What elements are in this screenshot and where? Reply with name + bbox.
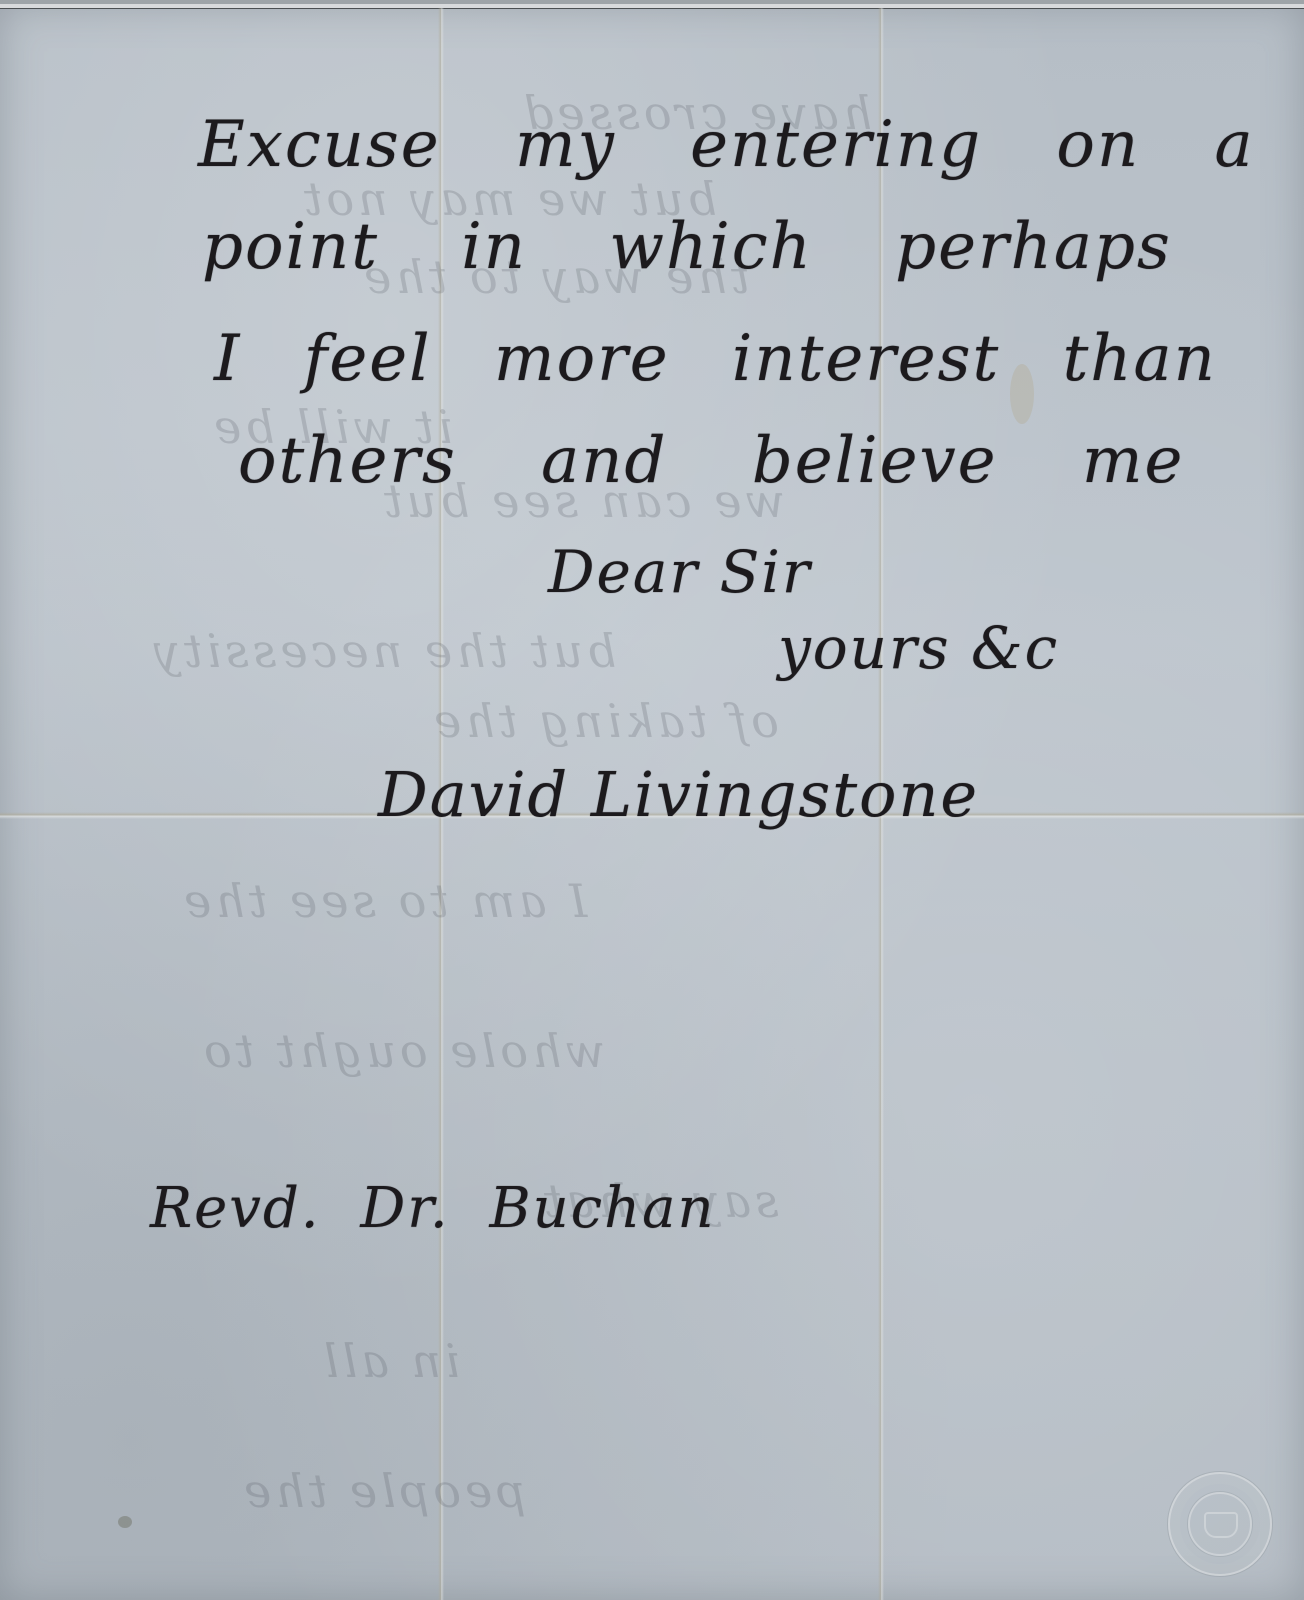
bleed-through-line: but the necessity <box>150 624 616 678</box>
salutation: Dear Sir <box>548 538 812 606</box>
scan-top-edge <box>0 4 1304 9</box>
signature: David Livingstone <box>378 758 979 831</box>
addressee: Revd. Dr. Buchan <box>150 1176 716 1241</box>
letter-line-2: point in which perhaps <box>202 210 1172 284</box>
embossed-seal-icon <box>1168 1472 1272 1576</box>
seal-device <box>1204 1512 1238 1538</box>
paper-spot <box>118 1516 132 1528</box>
closing-phrase: yours &c <box>778 614 1059 682</box>
letter-line-1: Excuse my entering on a <box>198 108 1255 182</box>
letter-sheet: have crossed but we may not the way to t… <box>0 4 1304 1600</box>
bleed-through-line: whole ought to <box>200 1024 605 1078</box>
bleed-through-line: I am to see the <box>180 874 587 928</box>
seal-inner-ring <box>1188 1492 1252 1556</box>
bleed-through-line: people the <box>240 1464 526 1518</box>
bleed-through-line: in all <box>320 1334 460 1388</box>
letter-line-4: others and believe me <box>238 424 1184 498</box>
bleed-through-line: of taking the <box>430 694 779 748</box>
letter-line-3: I feel more interest than <box>214 322 1217 396</box>
